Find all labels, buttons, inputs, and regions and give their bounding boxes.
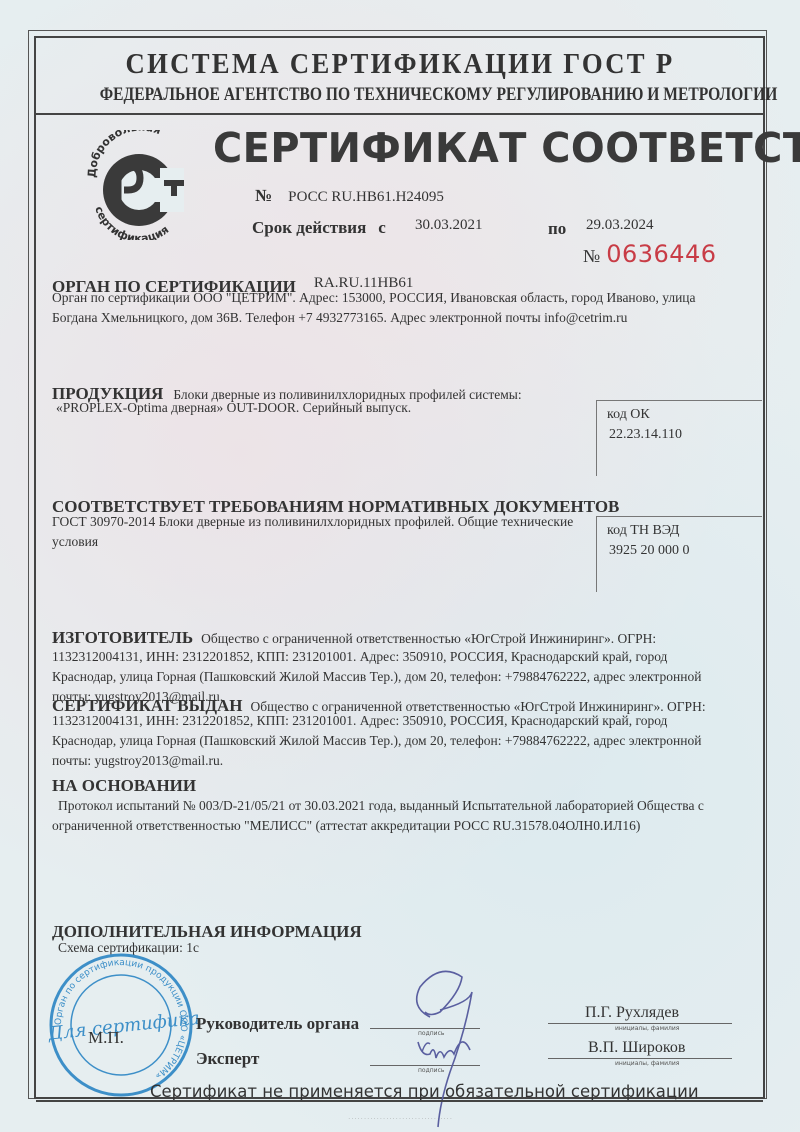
manufacturer-line: Общество с ограниченной ответственностью… [201,631,656,646]
certification-body-details: Орган по сертификации ООО "ЦЕТРИМ". Адре… [52,288,742,328]
manufacturer-line: 1132312004131, ИНН: 2312201852, КПП: 231… [52,647,742,667]
okpd-code-value: 22.23.14.110 [609,427,682,443]
expert-name: В.П. Широков [588,1039,685,1057]
number-sign: № [255,186,272,205]
issued-to-section: СЕРТИФИКАТ ВЫДАНОбщество с ограниченной … [52,696,742,771]
certification-body-line: Богдана Хмельницкого, дом 36В. Телефон +… [52,308,742,328]
validity-label: Срок действия [252,218,366,237]
valid-from-date: 30.03.2021 [415,217,483,234]
okpd-code-label: код ОК [607,407,650,423]
basis-line: ограниченной ответственностью "МЕЛИСС" (… [52,816,748,836]
blank-number-digits: 0636446 [606,240,716,268]
basis-line: Протокол испытаний № 003/D-21/05/21 от 3… [58,796,748,816]
issued-to-line: почты: yugstroy2013@mail.ru. [52,751,742,771]
header-divider [36,113,763,115]
expert-name-line [548,1058,732,1059]
certification-body-line: Орган по сертификации ООО "ЦЕТРИМ". Адре… [52,288,742,308]
certificate-title: СЕРТИФИКАТ СООТВЕТСТВИЯ [213,124,800,172]
tnved-code-box: код ТН ВЭД 3925 20 000 0 [596,516,762,592]
head-signature-caption: подпись [418,1030,444,1037]
stamp-seal-icon: Орган по сертификации продукции ООО «ЦЕТ… [42,950,200,1100]
manufacturer-heading: ИЗГОТОВИТЕЛЬ [52,628,193,647]
printer-fineprint: · · · · · · · · · · · · · · · · · · · · … [0,1116,800,1122]
expert-name-caption: инициалы, фамилия [615,1060,679,1067]
certificate-number: РОСС RU.НВ61.Н24095 [288,189,444,205]
blank-number: №0636446 [583,240,717,268]
tnved-code-value: 3925 20 000 0 [609,543,690,559]
validity-to-label: по [548,219,566,239]
footer-divider [36,1100,763,1102]
expert-signature-caption: подпись [418,1067,444,1074]
validity-row: Срок действия с [252,218,386,238]
validity-from-label: с [378,218,386,237]
head-signature-line [370,1028,480,1029]
expert-label: Эксперт [196,1049,259,1069]
manufacturer-line: Краснодар, улица Горная (Пашковский Жило… [52,667,742,687]
expert-signature-line [370,1065,480,1066]
head-name: П.Г. Рухлядев [585,1004,679,1022]
valid-to-date: 29.03.2024 [586,217,654,234]
voluntary-notice: Сертификат не применяется при обязательн… [150,1082,699,1101]
agency-heading: ФЕДЕРАЛЬНОЕ АГЕНТСТВО ПО ТЕХНИЧЕСКОМУ РЕ… [100,84,699,106]
blank-number-sign: № [583,246,600,266]
compliance-line: ГОСТ 30970-2014 Блоки дверные из поливин… [52,512,592,532]
head-name-line [548,1023,732,1024]
okpd-code-box: код ОК 22.23.14.110 [596,400,762,476]
head-label: Руководитель органа [196,1014,359,1034]
system-heading: СИСТЕМА СЕРТИФИКАЦИИ ГОСТ Р [32,48,768,81]
issued-to-line: 1132312004131, ИНН: 2312201852, КПП: 231… [52,711,742,731]
certificate-number-row: № РОСС RU.НВ61.Н24095 [255,186,444,206]
rst-mark-icon: Добровольная сертификация [82,130,197,240]
issued-to-line: Краснодар, улица Горная (Пашковский Жило… [52,731,742,751]
tnved-code-label: код ТН ВЭД [607,523,679,539]
head-name-caption: инициалы, фамилия [615,1025,679,1032]
compliance-details: ГОСТ 30970-2014 Блоки дверные из поливин… [52,512,592,552]
compliance-line: условия [52,532,592,552]
basis-details: Протокол испытаний № 003/D-21/05/21 от 3… [58,796,748,836]
basis-heading: НА ОСНОВАНИИ [52,776,742,796]
stamp-place-label: М.П. [88,1028,124,1048]
